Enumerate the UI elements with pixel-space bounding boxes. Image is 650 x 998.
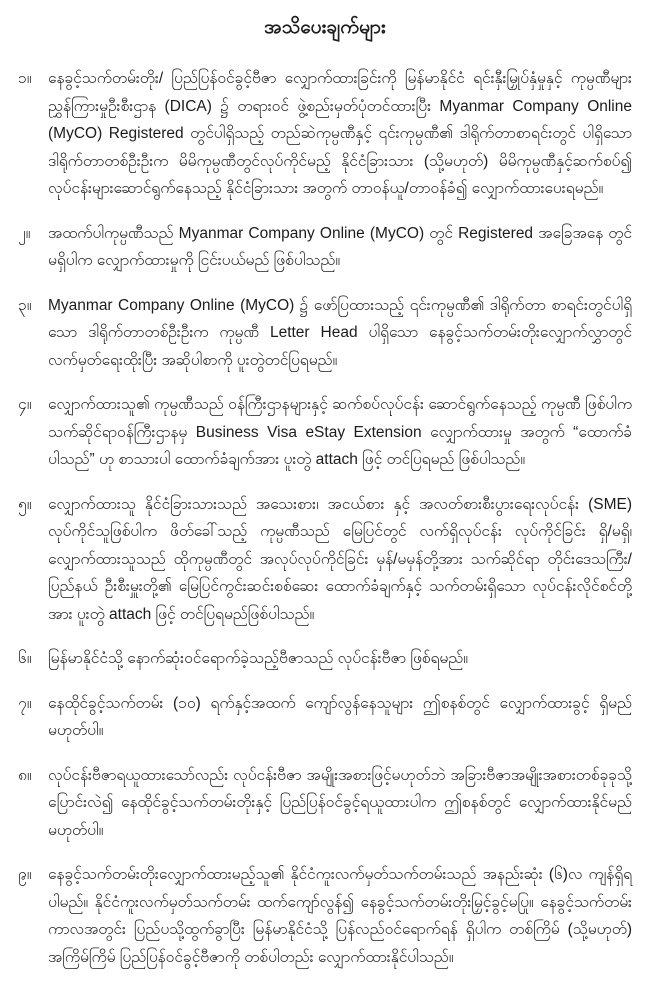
notice-text: နေထိုင်ခွင့်သက်တမ်း (၁၀) ရက်နှင့်အထက် ကျ…: [48, 690, 632, 745]
notice-number: ၉။: [18, 861, 48, 889]
notice-list: ၁။ နေခွင့်သက်တမ်းတိုး/ ပြည်ပြန်ဝင်ခွင့်ဗ…: [18, 65, 632, 971]
notice-item-7: ၇။ နေထိုင်ခွင့်သက်တမ်း (၁၀) ရက်နှင့်အထက်…: [18, 690, 632, 745]
notice-number: ၄။: [18, 391, 48, 419]
notice-item-1: ၁။ နေခွင့်သက်တမ်းတိုး/ ပြည်ပြန်ဝင်ခွင့်ဗ…: [18, 65, 632, 203]
notice-item-6: ၆။ မြန်မာနိုင်ငံသို့ နောက်ဆုံးဝင်ရောက်ခဲ…: [18, 645, 632, 673]
notice-item-2: ၂။ အထက်ပါကုမ္ပဏီသည် Myanmar Company Onli…: [18, 220, 632, 275]
notice-number: ၁။: [18, 65, 48, 93]
notice-number: ၈။: [18, 762, 48, 790]
notice-number: ၅။: [18, 491, 48, 519]
page-title: အသိပေးချက်များ: [18, 13, 632, 43]
notice-item-3: ၃။ Myanmar Company Online (MyCO) ၌ ဖော်ပ…: [18, 292, 632, 375]
notice-text: နေခွင့်သက်တမ်းတိုး/ ပြည်ပြန်ဝင်ခွင့်ဗီဇာ…: [48, 65, 632, 203]
notice-number: ၇။: [18, 690, 48, 718]
notice-text: လျှောက်ထားသူ၏ ကုမ္ပဏီသည် ဝန်ကြီးဌာနများန…: [48, 391, 632, 474]
notice-number: ၃။: [18, 292, 48, 320]
notice-item-5: ၅။ လျှောက်ထားသူ နိုင်ငံခြားသားသည် အသေးစာ…: [18, 491, 632, 629]
notice-number: ၆။: [18, 645, 48, 673]
notice-item-9: ၉။ နေခွင့်သက်တမ်းတိုးလျှောက်ထားမည့်သူ၏ န…: [18, 861, 632, 971]
notice-text: လုပ်ငန်းဗီဇာရယူထားသော်လည်း လုပ်ငန်းဗီဇာ …: [48, 762, 632, 845]
notice-text: လျှောက်ထားသူ နိုင်ငံခြားသားသည် အသေးစား၊ …: [48, 491, 632, 629]
notice-item-4: ၄။ လျှောက်ထားသူ၏ ကုမ္ပဏီသည် ဝန်ကြီးဌာနမျ…: [18, 391, 632, 474]
notice-text: မြန်မာနိုင်ငံသို့ နောက်ဆုံးဝင်ရောက်ခဲ့သည…: [48, 645, 632, 673]
notice-text: Myanmar Company Online (MyCO) ၌ ဖော်ပြထာ…: [48, 292, 632, 375]
notice-item-8: ၈။ လုပ်ငန်းဗီဇာရယူထားသော်လည်း လုပ်ငန်းဗီ…: [18, 762, 632, 845]
notice-text: နေခွင့်သက်တမ်းတိုးလျှောက်ထားမည့်သူ၏ နိုင…: [48, 861, 632, 971]
notice-document-page: အသိပေးချက်များ ၁။ နေခွင့်သက်တမ်းတိုး/ ပြ…: [0, 0, 650, 998]
notice-number: ၂။: [18, 220, 48, 248]
notice-text: အထက်ပါကုမ္ပဏီသည် Myanmar Company Online …: [48, 220, 632, 275]
